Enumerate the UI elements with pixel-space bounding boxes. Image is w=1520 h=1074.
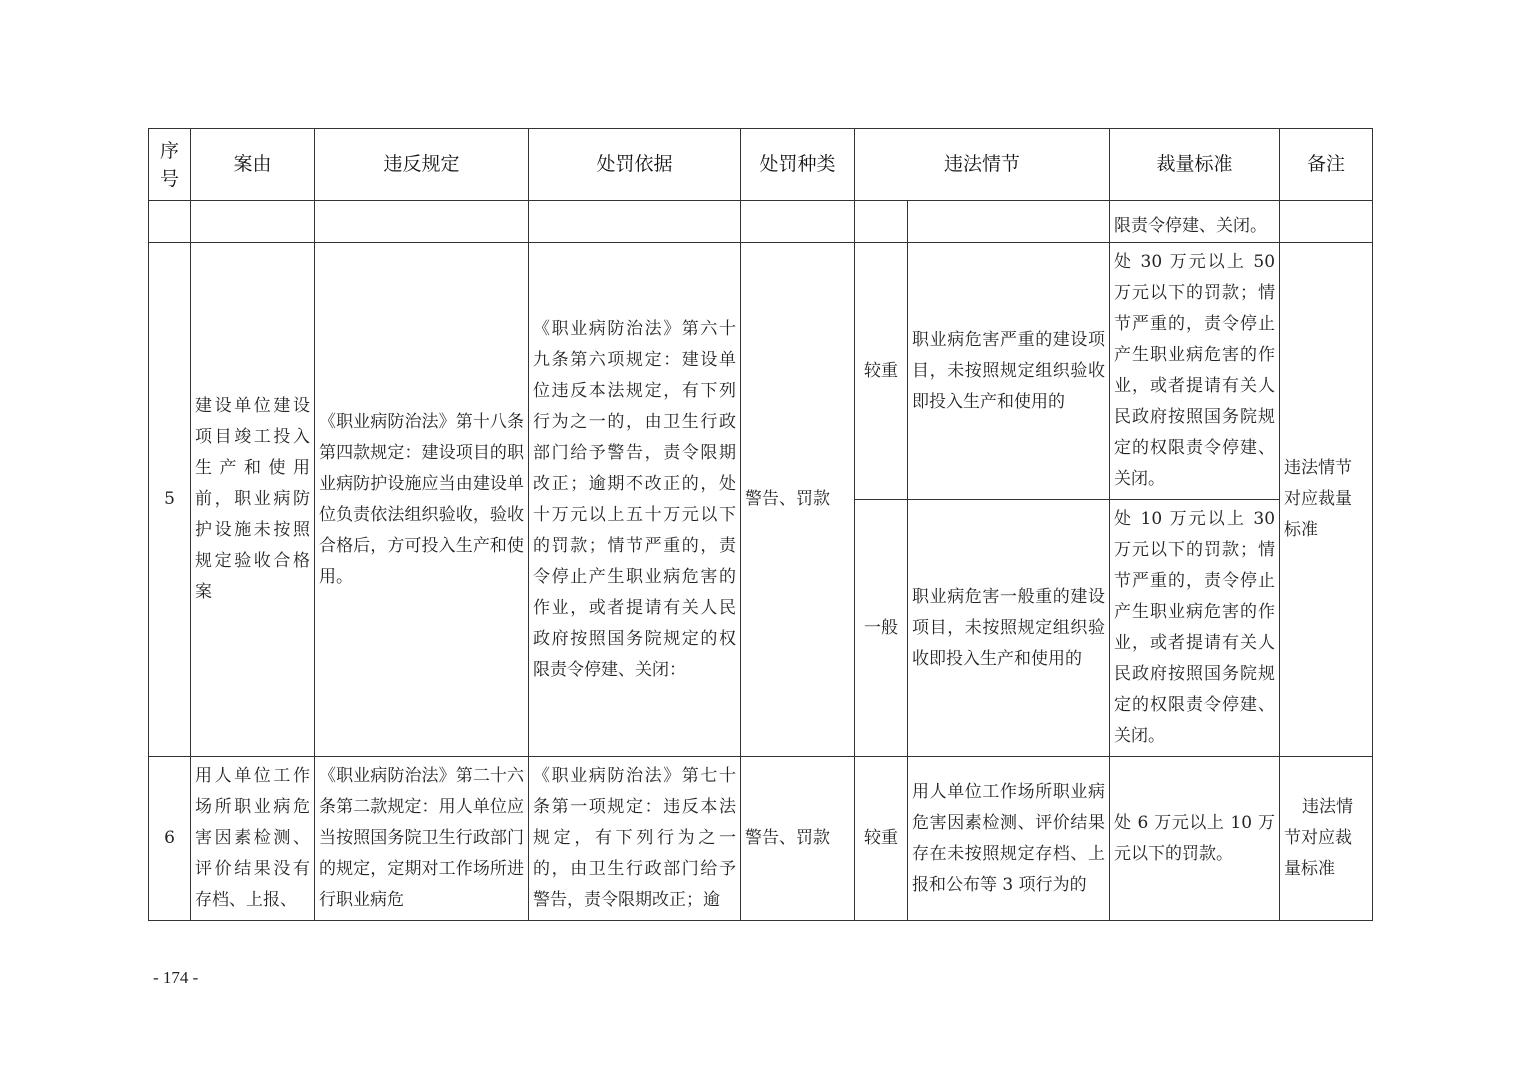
table-row: 6 用人单位工作场所职业病危害因素检测、评价结果没有存档、上报、 《职业病防治法… xyxy=(149,757,1373,921)
cell xyxy=(1280,201,1373,243)
standard-cell: 限责令停建、关闭。 xyxy=(1110,201,1280,243)
remark-cell: 违法情节对应裁量标准 xyxy=(1280,243,1373,757)
seq-cell: 5 xyxy=(149,243,191,757)
case-cell: 建设单位建设项目竣工投入生产和使用前，职业病防护设施未按照规定验收合格案 xyxy=(191,243,315,757)
standard-cell: 处 30 万元以上 50 万元以下的罚款；情节严重的，责令停止产生职业病危害的作… xyxy=(1110,243,1280,500)
cell xyxy=(149,201,191,243)
level-cell: 较重 xyxy=(855,243,908,500)
continuation-row: 限责令停建、关闭。 xyxy=(149,201,1373,243)
cell xyxy=(855,201,908,243)
header-case: 案由 xyxy=(191,129,315,201)
basis-cell: 《职业病防治法》第六十九条第六项规定：建设单位违反本法规定，有下列行为之一的，由… xyxy=(529,243,741,757)
header-penalty-type: 处罚种类 xyxy=(741,129,855,201)
header-circumstance: 违法情节 xyxy=(855,129,1110,201)
remark-cell: 违法情节对应裁量标准 xyxy=(1280,757,1373,921)
header-seq: 序号 xyxy=(149,129,191,201)
header-basis: 处罚依据 xyxy=(529,129,741,201)
standard-cell: 处 6 万元以上 10 万元以下的罚款。 xyxy=(1110,757,1280,921)
cell xyxy=(908,201,1110,243)
penalty-type-cell: 警告、罚款 xyxy=(741,757,855,921)
circumstance-cell: 职业病危害严重的建设项目，未按照规定组织验收即投入生产和使用的 xyxy=(908,243,1110,500)
penalty-discretion-table: 序号 案由 违反规定 处罚依据 处罚种类 违法情节 裁量标准 备注 限责令停建、… xyxy=(148,128,1373,921)
table-row: 5 建设单位建设项目竣工投入生产和使用前，职业病防护设施未按照规定验收合格案 《… xyxy=(149,243,1373,500)
violation-cell: 《职业病防治法》第二十六条第二款规定：用人单位应当按照国务院卫生行政部门的规定，… xyxy=(315,757,529,921)
header-violation: 违反规定 xyxy=(315,129,529,201)
level-cell: 一般 xyxy=(855,500,908,757)
level-cell: 较重 xyxy=(855,757,908,921)
cell xyxy=(529,201,741,243)
case-cell: 用人单位工作场所职业病危害因素检测、评价结果没有存档、上报、 xyxy=(191,757,315,921)
cell xyxy=(315,201,529,243)
cell xyxy=(741,201,855,243)
header-remark: 备注 xyxy=(1280,129,1373,201)
standard-cell: 处 10 万元以上 30 万元以下的罚款；情节严重的，责令停止产生职业病危害的作… xyxy=(1110,500,1280,757)
header-standard: 裁量标准 xyxy=(1110,129,1280,201)
basis-cell: 《职业病防治法》第七十条第一项规定：违反本法规定，有下列行为之一的，由卫生行政部… xyxy=(529,757,741,921)
seq-cell: 6 xyxy=(149,757,191,921)
penalty-type-cell: 警告、罚款 xyxy=(741,243,855,757)
cell xyxy=(191,201,315,243)
header-row: 序号 案由 违反规定 处罚依据 处罚种类 违法情节 裁量标准 备注 xyxy=(149,129,1373,201)
circumstance-cell: 用人单位工作场所职业病危害因素检测、评价结果存在未按照规定存档、上报和公布等 3… xyxy=(908,757,1110,921)
violation-cell: 《职业病防治法》第十八条第四款规定：建设项目的职业病防护设施应当由建设单位负责依… xyxy=(315,243,529,757)
circumstance-cell: 职业病危害一般重的建设项目，未按照规定组织验收即投入生产和使用的 xyxy=(908,500,1110,757)
page-number: - 174 - xyxy=(153,968,198,988)
